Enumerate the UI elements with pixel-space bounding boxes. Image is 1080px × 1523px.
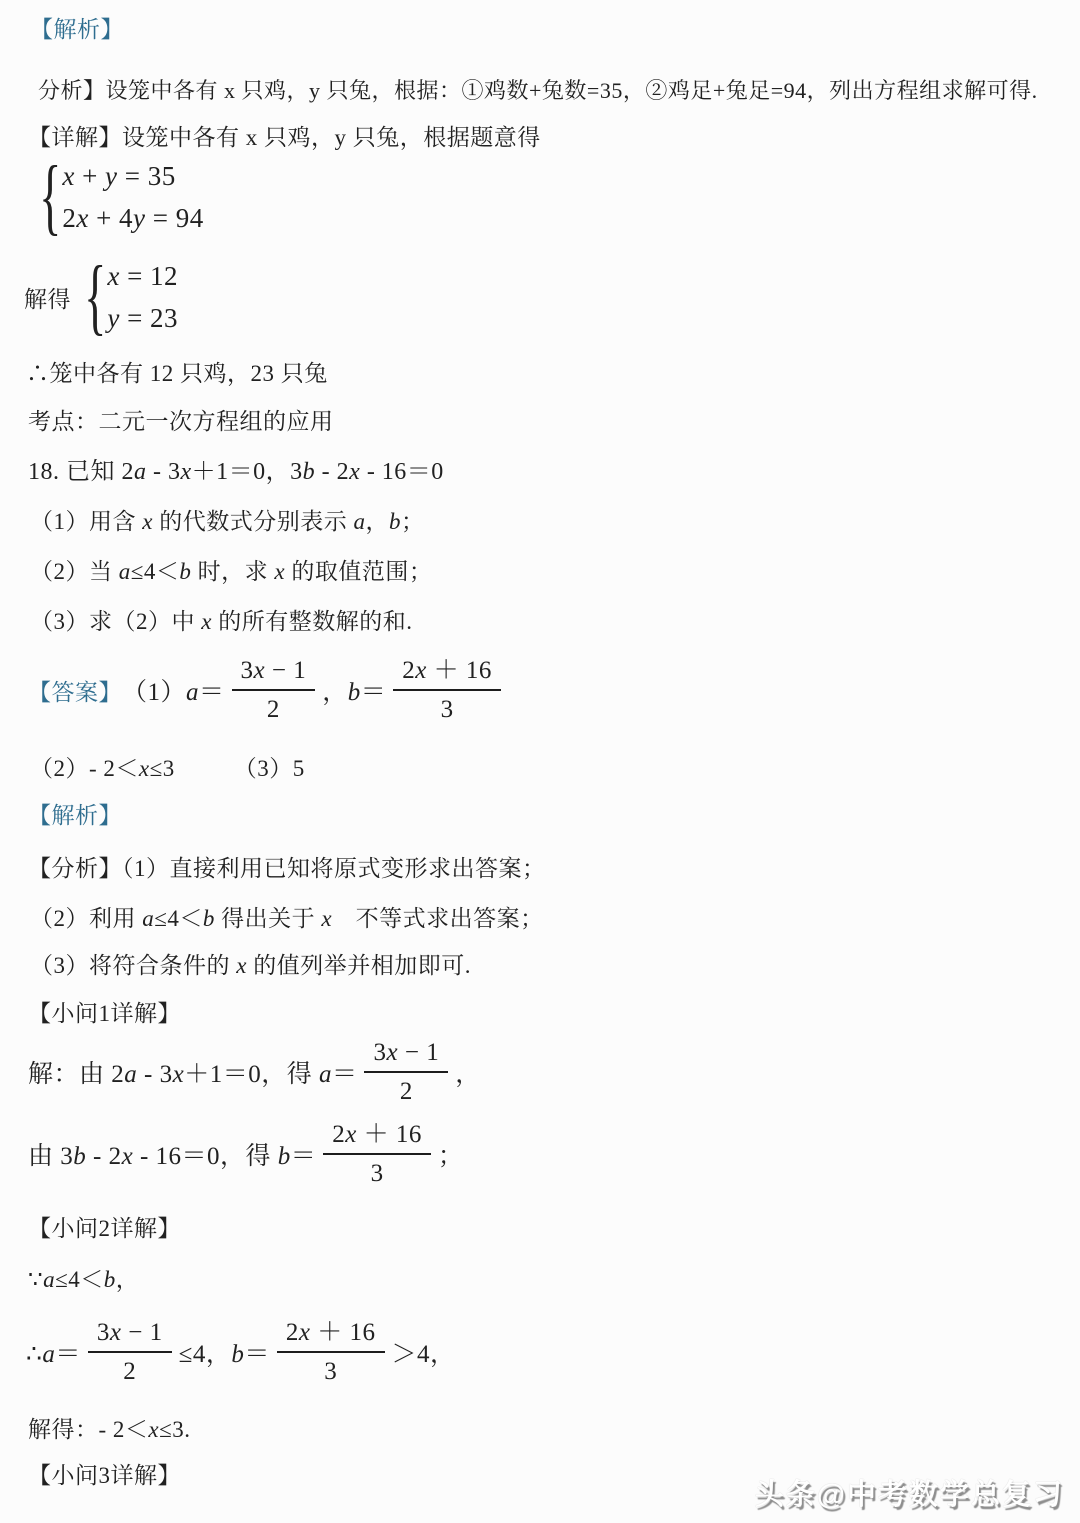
fraction-a-numerator: 3x − 1 <box>364 1037 448 1073</box>
problem-18-statement: 18. 已知 2a - 3x＋1＝0，3b - 2x - 16＝0 <box>28 456 444 488</box>
fraction-b-denominator: 3 <box>441 691 454 725</box>
solution-document: 【解析】 分析】设笼中各有 x 只鸡，y 只兔，根据：①鸡数+兔数=35，②鸡足… <box>0 0 1080 1523</box>
solution-1a-punct: ， <box>455 1054 481 1090</box>
answer-parts-2-3: （2）- 2＜x≤3 （3）5 <box>30 753 305 784</box>
question-part-1: （1）用含 x 的代数式分别表示 a，b； <box>30 506 424 537</box>
analysis2-line-1: 【分析】（1）直接利用已知将原式变形求出答案； <box>28 853 546 884</box>
fraction-a-numerator: 3x − 1 <box>88 1317 172 1353</box>
equation-system-original: { x + y = 35 2x + 4y = 94 <box>30 158 204 236</box>
because-line: ∵a≤4＜b， <box>28 1264 139 1295</box>
subsection-3-header: 【小问3详解】 <box>28 1460 181 1491</box>
section-header-analysis-2: 【解析】 <box>28 800 122 831</box>
fraction-a-denominator: 2 <box>267 691 280 725</box>
fraction-b-numerator: 2x ＋ 16 <box>277 1317 385 1353</box>
solution-1b-line: 由 3b - 2x - 16＝0，得 b＝ 2x ＋ 16 3 ； <box>28 1119 463 1190</box>
therefore-punct: ＞4， <box>392 1334 456 1370</box>
analysis2-line-3: （3）将符合条件的 x 的值列举并相加即可. <box>30 950 471 981</box>
solution-1a-text: 解：由 2a - 3x＋1＝0，得 a＝ <box>28 1054 357 1090</box>
equation-feet: 2x + 4y = 94 <box>62 200 203 236</box>
solution-1b-text: 由 3b - 2x - 16＝0，得 b＝ <box>28 1136 316 1172</box>
section-header-analysis-1: 【解析】 <box>30 14 124 45</box>
subsection-2-header: 【小问2详解】 <box>28 1213 181 1244</box>
fraction-b-numerator: 2x ＋ 16 <box>323 1119 431 1155</box>
solution-y: y = 23 <box>107 300 178 336</box>
range-result-line: 解得：- 2＜x≤3. <box>28 1414 191 1445</box>
question-part-3: （3）求（2）中 x 的所有整数解的和. <box>30 606 412 637</box>
answer-label: 【答案】 <box>28 674 122 707</box>
analysis2-line-2: （2）利用 a≤4＜b 得出关于 x 不等式求出答案； <box>30 903 544 934</box>
fraction-a: 3x − 1 2 <box>364 1037 448 1108</box>
solution-1a-line: 解：由 2a - 3x＋1＝0，得 a＝ 3x − 1 2 ， <box>28 1037 481 1108</box>
solution-1b-punct: ； <box>438 1136 464 1172</box>
therefore-line: ∴a＝ 3x − 1 2 ≤4，b＝ 2x ＋ 16 3 ＞4， <box>26 1317 456 1388</box>
answer-b-lhs: ，b＝ <box>322 672 386 708</box>
left-brace-icon: { <box>84 258 106 335</box>
detail-intro-line: 【详解】设笼中各有 x 只鸡，y 只兔，根据题意得 <box>28 122 541 153</box>
fraction-a: 3x − 1 2 <box>88 1317 172 1388</box>
conclusion-line: ∴笼中各有 12 只鸡，23 只兔 <box>26 358 328 389</box>
equation-system-solution: 解得 { x = 12 y = 23 <box>24 258 178 336</box>
therefore-a-lhs: ∴a＝ <box>26 1334 81 1370</box>
fraction-b-denominator: 3 <box>371 1155 384 1189</box>
fraction-a-denominator: 2 <box>123 1353 136 1387</box>
fraction-b-denominator: 3 <box>324 1353 337 1387</box>
answer-a-lhs: （1）a＝ <box>122 672 225 708</box>
answer-line: 【答案】 （1）a＝ 3x − 1 2 ，b＝ 2x ＋ 16 3 <box>28 655 508 726</box>
fraction-a-numerator: 3x − 1 <box>232 655 316 691</box>
fraction-b: 2x ＋ 16 3 <box>323 1119 431 1190</box>
fraction-a: 3x − 1 2 <box>232 655 316 726</box>
subsection-1-header: 【小问1详解】 <box>28 998 181 1029</box>
fraction-a-denominator: 2 <box>400 1073 413 1107</box>
equation-sum: x + y = 35 <box>62 158 203 194</box>
keypoint-line: 考点：二元一次方程组的应用 <box>28 406 334 437</box>
solve-prefix: 解得 <box>24 281 71 314</box>
fraction-b: 2x ＋ 16 3 <box>277 1317 385 1388</box>
solution-x: x = 12 <box>107 258 178 294</box>
analysis-summary-line: 分析】设笼中各有 x 只鸡，y 只兔，根据：①鸡数+兔数=35，②鸡足+兔足=9… <box>38 76 1038 106</box>
left-brace-icon: { <box>39 158 61 235</box>
therefore-b-lhs: ≤4，b＝ <box>179 1334 270 1370</box>
fraction-b: 2x ＋ 16 3 <box>393 655 501 726</box>
question-part-2: （2）当 a≤4＜b 时，求 x 的取值范围； <box>30 556 432 587</box>
watermark-toutiao: 头条@中考数学总复习 <box>755 1472 1064 1513</box>
fraction-b-numerator: 2x ＋ 16 <box>393 655 501 691</box>
